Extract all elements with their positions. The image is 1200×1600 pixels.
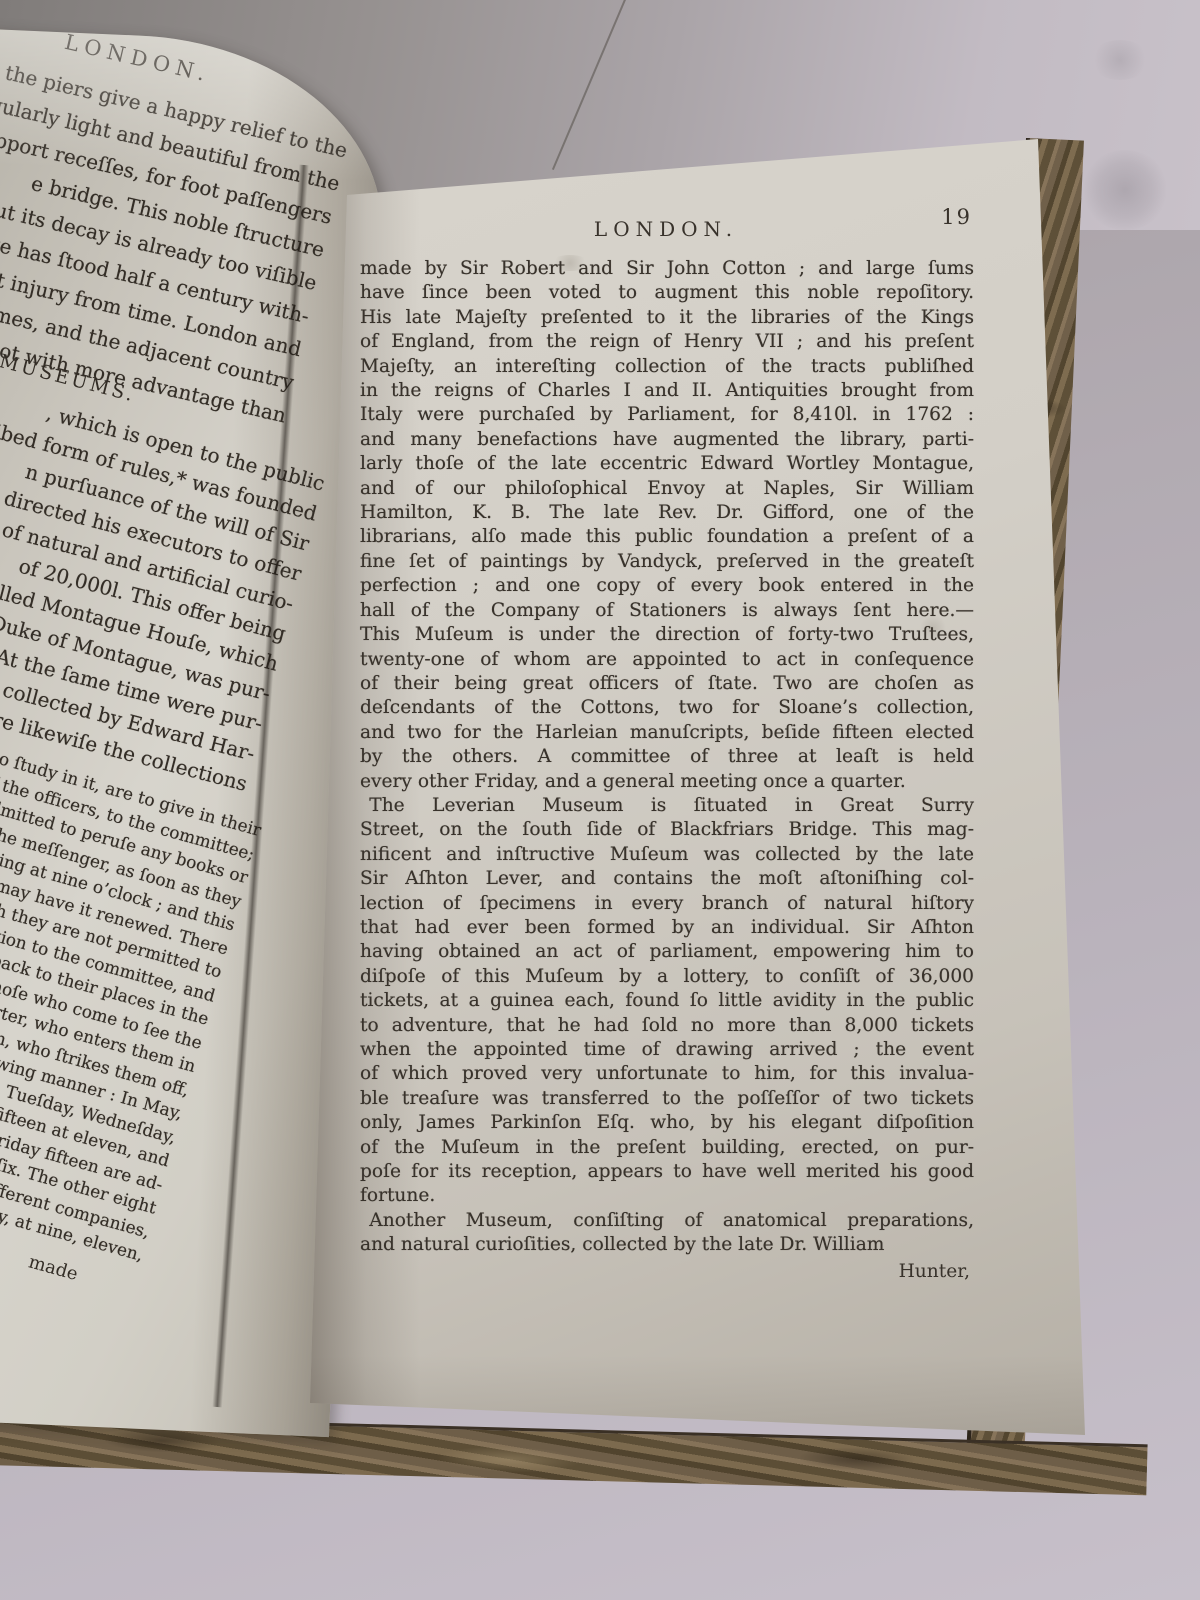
text-line: The Leverian Museum is ſituated in Great…: [360, 794, 974, 818]
text-line: lection of ſpecimens in every branch of …: [360, 892, 974, 916]
text-line: of which proved very unfortunate to him,…: [360, 1062, 974, 1086]
text-line: hall of the Company of Stationers is alw…: [360, 599, 974, 623]
text-line: have ſince been voted to augment this no…: [360, 281, 974, 305]
text-line: Italy were purchaſed by Parliament, for …: [360, 403, 974, 427]
text-line: This Muſeum is under the direction of fo…: [360, 623, 974, 647]
text-line: deſcendants of the Cottons, two for Sloa…: [360, 696, 974, 720]
paragraph-british-museum: made by Sir Robert and Sir John Cotton ;…: [360, 257, 974, 794]
photo-of-open-book: LONDON. m the piers give a happy relief …: [0, 0, 1200, 1600]
text-line: Street, on the ſouth ſide of Blackfriars…: [360, 818, 974, 842]
text-line: every other Friday, and a general meetin…: [360, 770, 974, 794]
text-line: gularly light and beautiful from the: [0, 28, 343, 201]
text-line: tickets, at a guinea each, found ſo litt…: [360, 989, 974, 1013]
background-smudge: [1080, 150, 1170, 230]
text-line: when the appointed time of drawing arriv…: [360, 1038, 974, 1062]
text-line: nificent and inſtructive Muſeum was coll…: [360, 843, 974, 867]
text-line: fine ſet of paintings by Vandyck, preſer…: [360, 550, 974, 574]
text-line: by the others. A committee of three at l…: [360, 745, 974, 769]
text-line: and natural curioſities, collected by th…: [360, 1233, 974, 1257]
text-line: only, James Parkinſon Eſq. who, by his e…: [360, 1111, 974, 1135]
text-line: of the Muſeum in the preſent building, e…: [360, 1136, 974, 1160]
background-smudge: [1090, 40, 1150, 80]
text-line: twenty-one of whom are appointed to act …: [360, 648, 974, 672]
text-line: m the piers give a happy relief to the: [0, 28, 351, 167]
paragraph-leverian-museum: The Leverian Museum is ſituated in Great…: [360, 794, 974, 1209]
text-line: in the reigns of Charles I and II. Antiq…: [360, 379, 974, 403]
page-number: 19: [860, 205, 972, 229]
text-line: ble treaſure was transferred to the poſſ…: [360, 1087, 974, 1111]
text-line: and many benefactions have augmented the…: [360, 428, 974, 452]
left-page-running-header: LONDON.: [0, 28, 359, 121]
paragraph-hunter-museum: Another Museum, conſiſting of anatomical…: [360, 1209, 974, 1258]
text-line: of England, from the reign of Henry VII …: [360, 330, 974, 354]
text-line: His late Majeſty preſented to it the lib…: [360, 306, 974, 330]
text-line: that had ever been formed by an individu…: [360, 916, 974, 940]
text-line: and of our philoſophical Envoy at Naples…: [360, 477, 974, 501]
right-page-catchword: Hunter,: [360, 1260, 974, 1284]
text-line: diſpoſe of this Muſeum by a lottery, to …: [360, 965, 974, 989]
text-line: librarians, alſo made this public founda…: [360, 525, 974, 549]
right-page: LONDON. 19 made by Sir Robert and Sir Jo…: [300, 135, 1100, 1475]
text-line: made by Sir Robert and Sir John Cotton ;…: [360, 257, 974, 281]
text-line: Another Museum, conſiſting of anatomical…: [360, 1209, 974, 1233]
text-line: having obtained an act of parliament, em…: [360, 940, 974, 964]
text-line: to adventure, that he had ſold no more t…: [360, 1014, 974, 1038]
text-line: perfection ; and one copy of every book …: [360, 574, 974, 598]
text-line: Majeſty, an intereſting collection of th…: [360, 355, 974, 379]
text-line: Sir Aſhton Lever, and contains the moſt …: [360, 867, 974, 891]
text-line: poſe for its reception, appears to have …: [360, 1160, 974, 1184]
text-line: larly thoſe of the late eccentric Edward…: [360, 452, 974, 476]
right-page-text-block: made by Sir Robert and Sir John Cotton ;…: [360, 257, 974, 1284]
text-line: of their being great officers of ſtate. …: [360, 672, 974, 696]
text-line: and two for the Harleian manuſcripts, be…: [360, 721, 974, 745]
text-line: fortune.: [360, 1184, 974, 1208]
text-line: Hamilton, K. B. The late Rev. Dr. Giffor…: [360, 501, 974, 525]
